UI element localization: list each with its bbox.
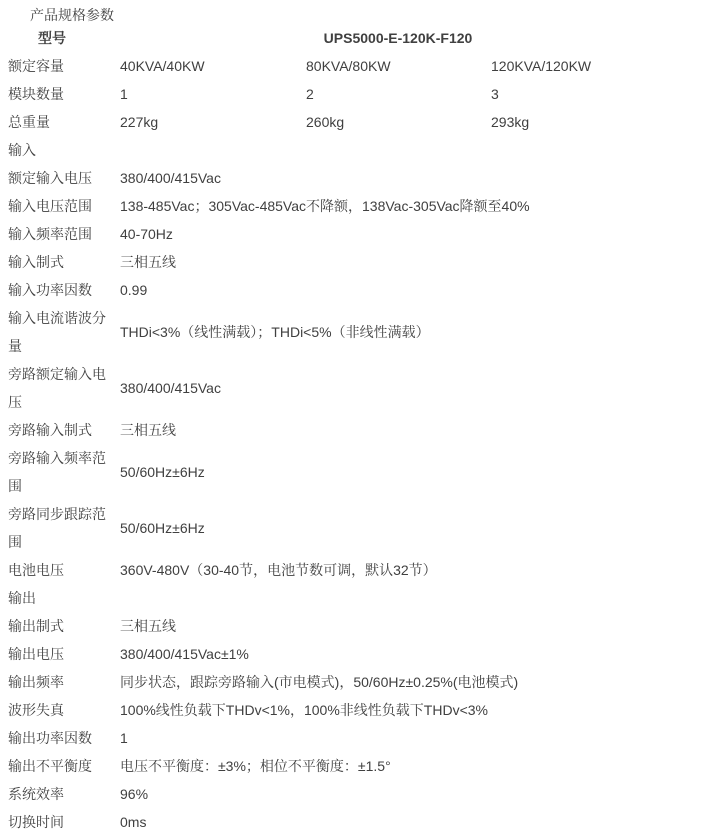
row-value: 三相五线 bbox=[120, 416, 676, 444]
row-label: 额定输入电压 bbox=[8, 164, 120, 192]
row-label: 系统效率 bbox=[8, 780, 120, 808]
row-value: 0ms bbox=[120, 808, 676, 831]
row-value: 293kg bbox=[491, 108, 676, 136]
row-label: 输出频率 bbox=[8, 668, 120, 696]
row-label: 额定容量 bbox=[8, 52, 120, 80]
row-value: THDi<3%（线性满载）；THDi<5%（非线性满载） bbox=[120, 318, 676, 346]
table-row: 额定输入电压380/400/415Vac bbox=[8, 164, 676, 192]
table-row: 额定容量40KVA/40KW80KVA/80KW120KVA/120KW bbox=[8, 52, 676, 80]
table-row: 电池电压360V-480V（30-40节，电池节数可调，默认32节） bbox=[8, 556, 676, 584]
row-label: 输出不平衡度 bbox=[8, 752, 120, 780]
table-row: 模块数量123 bbox=[8, 80, 676, 108]
table-row: 系统效率96% bbox=[8, 780, 676, 808]
table-row: 切换时间0ms bbox=[8, 808, 676, 831]
row-label: 输入功率因数 bbox=[8, 276, 120, 304]
section-row: 输出 bbox=[8, 584, 676, 612]
row-label: 输出功率因数 bbox=[8, 724, 120, 752]
table-row: 旁路输入频率范围50/60Hz±6Hz bbox=[8, 444, 676, 500]
table-row: 输入频率范围40-70Hz bbox=[8, 220, 676, 248]
table-row: 输出电压380/400/415Vac±1% bbox=[8, 640, 676, 668]
row-value: 380/400/415Vac bbox=[120, 374, 676, 402]
table-row: 输入制式三相五线 bbox=[8, 248, 676, 276]
row-value: 同步状态，跟踪旁路输入(市电模式)，50/60Hz±0.25%(电池模式) bbox=[120, 668, 676, 696]
table-row: 旁路同步跟踪范围50/60Hz±6Hz bbox=[8, 500, 676, 556]
table-row: 输出制式三相五线 bbox=[8, 612, 676, 640]
row-label: 输入制式 bbox=[8, 248, 120, 276]
table-row: 输出频率同步状态，跟踪旁路输入(市电模式)，50/60Hz±0.25%(电池模式… bbox=[8, 668, 676, 696]
row-value: 50/60Hz±6Hz bbox=[120, 458, 676, 486]
table-row: 旁路额定输入电压380/400/415Vac bbox=[8, 360, 676, 416]
row-value: 100%线性负载下THDv<1%，100%非线性负载下THDv<3% bbox=[120, 696, 676, 724]
row-label: 旁路输入频率范围 bbox=[8, 444, 120, 500]
row-label: 输入频率范围 bbox=[8, 220, 120, 248]
section-label: 输入 bbox=[8, 136, 120, 164]
model-row: 型号 UPS5000-E-120K-F120 bbox=[8, 24, 676, 52]
model-value: UPS5000-E-120K-F120 bbox=[120, 24, 676, 52]
page-title: 产品规格参数 bbox=[0, 0, 721, 24]
row-value: 1 bbox=[120, 724, 676, 752]
table-row: 总重量227kg260kg293kg bbox=[8, 108, 676, 136]
row-label: 输出制式 bbox=[8, 612, 120, 640]
row-value: 227kg bbox=[120, 108, 306, 136]
row-value: 2 bbox=[306, 80, 491, 108]
section-row: 输入 bbox=[8, 136, 676, 164]
row-label: 波形失真 bbox=[8, 696, 120, 724]
row-label: 切换时间 bbox=[8, 808, 120, 831]
row-label: 输入电压范围 bbox=[8, 192, 120, 220]
row-value: 40KVA/40KW bbox=[120, 52, 306, 80]
row-label: 电池电压 bbox=[8, 556, 120, 584]
row-value: 120KVA/120KW bbox=[491, 52, 676, 80]
row-value: 380/400/415Vac±1% bbox=[120, 640, 676, 668]
row-value: 三相五线 bbox=[120, 248, 676, 276]
row-value: 50/60Hz±6Hz bbox=[120, 514, 676, 542]
spec-table: 型号 UPS5000-E-120K-F120 额定容量40KVA/40KW80K… bbox=[8, 24, 676, 831]
table-row: 波形失真100%线性负载下THDv<1%，100%非线性负载下THDv<3% bbox=[8, 696, 676, 724]
table-row: 输出功率因数1 bbox=[8, 724, 676, 752]
row-value: 380/400/415Vac bbox=[120, 164, 676, 192]
row-label: 输入电流谐波分量 bbox=[8, 304, 120, 360]
table-row: 旁路输入制式三相五线 bbox=[8, 416, 676, 444]
row-label: 旁路同步跟踪范围 bbox=[8, 500, 120, 556]
row-value: 360V-480V（30-40节，电池节数可调，默认32节） bbox=[120, 556, 676, 584]
row-label: 模块数量 bbox=[8, 80, 120, 108]
row-value: 40-70Hz bbox=[120, 220, 676, 248]
table-row: 输入电流谐波分量THDi<3%（线性满载）；THDi<5%（非线性满载） bbox=[8, 304, 676, 360]
row-value: 260kg bbox=[306, 108, 491, 136]
row-value: 三相五线 bbox=[120, 612, 676, 640]
row-value: 3 bbox=[491, 80, 676, 108]
table-row: 输入功率因数0.99 bbox=[8, 276, 676, 304]
row-value: 80KVA/80KW bbox=[306, 52, 491, 80]
table-row: 输出不平衡度电压不平衡度：±3%；相位不平衡度：±1.5° bbox=[8, 752, 676, 780]
row-value: 0.99 bbox=[120, 276, 676, 304]
model-label: 型号 bbox=[8, 24, 120, 52]
row-label: 旁路输入制式 bbox=[8, 416, 120, 444]
row-label: 总重量 bbox=[8, 108, 120, 136]
row-value: 1 bbox=[120, 80, 306, 108]
row-value: 电压不平衡度：±3%；相位不平衡度：±1.5° bbox=[120, 752, 676, 780]
row-label: 旁路额定输入电压 bbox=[8, 360, 120, 416]
row-value: 96% bbox=[120, 780, 676, 808]
row-label: 输出电压 bbox=[8, 640, 120, 668]
section-label: 输出 bbox=[8, 584, 120, 612]
table-row: 输入电压范围138-485Vac；305Vac-485Vac不降额，138Vac… bbox=[8, 192, 676, 220]
row-value: 138-485Vac；305Vac-485Vac不降额，138Vac-305Va… bbox=[120, 192, 676, 220]
